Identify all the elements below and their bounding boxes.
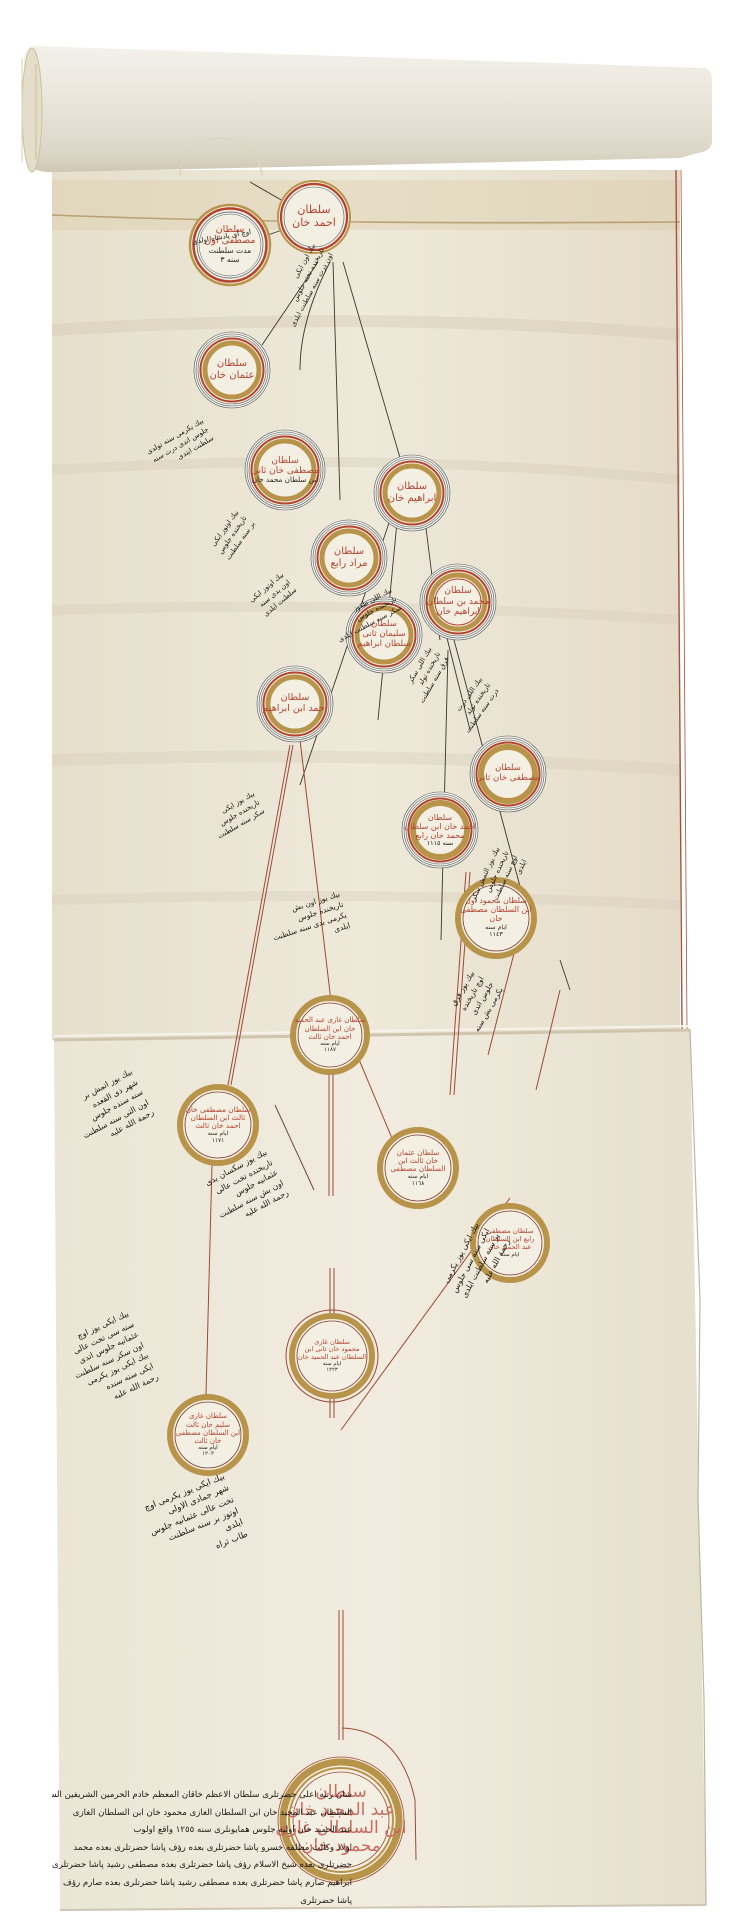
inscription-line: پاشا حضرتلرى — [52, 1893, 352, 1911]
medallion-ahmed-i — [278, 181, 350, 253]
inscription-line: عبد الحميد خان اوليه جلوس همايونلرى سنه … — [52, 1822, 352, 1840]
scroll-photograph: سلطاناحمد خانسلطانمصطفى اولمدت سلطنتسنه … — [0, 0, 750, 1931]
bottom-inscription: شان رتبه اعلى حضرتلرى سلطان الاعظم خاقان… — [52, 1787, 352, 1910]
inscription-line: اولاد وكالت مطلقه خسرو پاشا حضرتلرى بعده… — [52, 1840, 352, 1858]
inscription-line: حضرتلرى بعده شيخ الاسلام رؤف پاشا حضرتلر… — [52, 1857, 352, 1875]
medallion-mustafa-iii — [180, 1087, 256, 1163]
scroll-artwork — [0, 0, 750, 1931]
medallion-abdulhamid-i — [293, 998, 367, 1072]
medallion-osman-ii — [194, 332, 270, 408]
inscription-line: السلطان عبد المجيد خان ابن السلطان الغاز… — [52, 1805, 352, 1823]
medallion-osman-iii — [380, 1130, 456, 1206]
medallion-mahmud-ii — [286, 1310, 378, 1402]
medallion-ahmed-ii — [257, 666, 333, 742]
medallion-mustafa-ii — [245, 430, 325, 510]
medallion-selim-iii — [170, 1397, 246, 1473]
medallion-murad-iv — [311, 520, 387, 596]
medallion-mehmed-iv — [420, 564, 496, 640]
paper-roll — [24, 46, 712, 172]
medallion-ibrahim — [374, 455, 450, 531]
medallion-mustafa-ii-b — [470, 736, 546, 812]
medallion-ahmed-iii — [402, 792, 478, 868]
inscription-line: ابراهيم صارم پاشا حضرتلرى بعده مصطفى رشي… — [52, 1875, 352, 1893]
inscription-line: شان رتبه اعلى حضرتلرى سلطان الاعظم خاقان… — [52, 1787, 352, 1805]
